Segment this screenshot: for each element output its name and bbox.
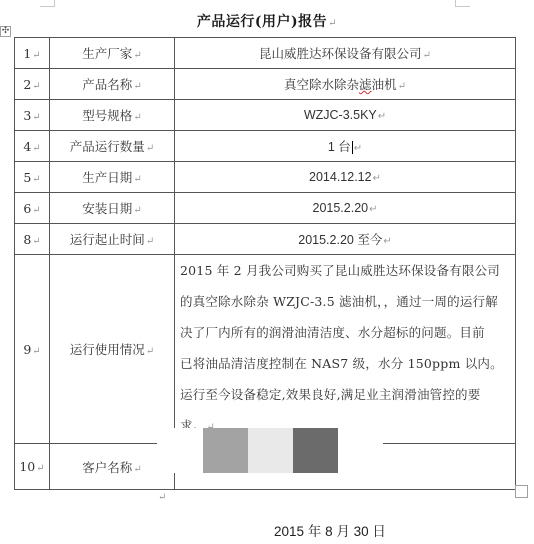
- row-value[interactable]: 2015.2.20↵: [175, 193, 516, 224]
- row-label: 产品名称↵: [50, 69, 175, 100]
- report-table: 1↵ 生产厂家↵ 昆山威胜达环保设备有限公司↵ 2↵ 产品名称↵ 真空除水除杂滤…: [14, 37, 516, 490]
- row-number: 5↵: [15, 162, 50, 193]
- row-label: 运行起止时间↵: [50, 224, 175, 255]
- row-value[interactable]: 真空除水除杂滤油机↵: [175, 69, 516, 100]
- redaction-block: [203, 428, 248, 473]
- usage-line: 已将油品清洁度控制在 NAS7 级，水分 150ppm 以内。: [180, 348, 511, 379]
- table-resize-handle[interactable]: [515, 485, 528, 498]
- usage-line: 的真空除水除杂 WZJC-3.5 滤油机，，通过一周的运行解: [180, 286, 511, 317]
- row-value[interactable]: 1 台↵: [175, 131, 516, 162]
- table-row: 6↵ 安装日期↵ 2015.2.20↵: [15, 193, 516, 224]
- usage-line: 决了厂内所有的润滑油清洁度、水分超标的问题。目前: [180, 317, 511, 348]
- row-label: 生产日期↵: [50, 162, 175, 193]
- row-label: 生产厂家↵: [50, 38, 175, 69]
- row-value[interactable]: WZJC-3.5KY↵: [175, 100, 516, 131]
- table-row: 4↵ 产品运行数量↵ 1 台↵: [15, 131, 516, 162]
- row-number: 8↵: [15, 224, 50, 255]
- usage-description[interactable]: 2015 年 2 月我公司购买了昆山威胜达环保设备有限公司 的真空除水除杂 WZ…: [175, 255, 516, 444]
- table-row: 1↵ 生产厂家↵ 昆山威胜达环保设备有限公司↵: [15, 38, 516, 69]
- redaction-block: [293, 428, 338, 473]
- table-row: 2↵ 产品名称↵ 真空除水除杂滤油机↵: [15, 69, 516, 100]
- table-row: 5↵ 生产日期↵ 2014.12.12↵: [15, 162, 516, 193]
- table-row: 9↵ 运行使用情况↵ 2015 年 2 月我公司购买了昆山威胜达环保设备有限公司…: [15, 255, 516, 444]
- table-move-handle-icon[interactable]: ✣: [0, 26, 11, 37]
- row-number: 10↵: [15, 444, 50, 490]
- redaction-block: [248, 428, 293, 473]
- table-row: 3↵ 型号规格↵ WZJC-3.5KY↵: [15, 100, 516, 131]
- row-value[interactable]: 2015.2.20 至今↵: [175, 224, 516, 255]
- text-cursor: [352, 141, 353, 154]
- spellcheck-flag[interactable]: 滤: [359, 77, 372, 92]
- row-number: 1↵: [15, 38, 50, 69]
- row-label: 运行使用情况↵: [50, 255, 175, 444]
- row-number: 3↵: [15, 100, 50, 131]
- report-date: 2015 年 8 月 30 日: [274, 520, 386, 540]
- row-label: 安装日期↵: [50, 193, 175, 224]
- row-number: 4↵: [15, 131, 50, 162]
- paragraph-mark-icon: ↵: [158, 492, 166, 503]
- row-label: 产品运行数量↵: [50, 131, 175, 162]
- title-text: 产品运行(用户)报告: [197, 14, 327, 30]
- paragraph-mark-icon: ↵: [328, 18, 337, 29]
- row-number: 2↵: [15, 69, 50, 100]
- document-title: 产品运行(用户)报告↵: [0, 11, 534, 31]
- usage-line: 2015 年 2 月我公司购买了昆山威胜达环保设备有限公司: [180, 255, 511, 286]
- table-row: 8↵ 运行起止时间↵ 2015.2.20 至今↵: [15, 224, 516, 255]
- row-value[interactable]: 昆山威胜达环保设备有限公司↵: [175, 38, 516, 69]
- row-value[interactable]: 2014.12.12↵: [175, 162, 516, 193]
- page-crop-mark-right: [455, 0, 470, 7]
- row-number: 9↵: [15, 255, 50, 444]
- row-label: 型号规格↵: [50, 100, 175, 131]
- row-label: 客户名称↵: [50, 444, 175, 490]
- row-number: 6↵: [15, 193, 50, 224]
- usage-line: 运行至今设备稳定,效果良好,满足业主润滑油管控的要: [180, 379, 511, 410]
- page-crop-mark-left: [40, 0, 55, 7]
